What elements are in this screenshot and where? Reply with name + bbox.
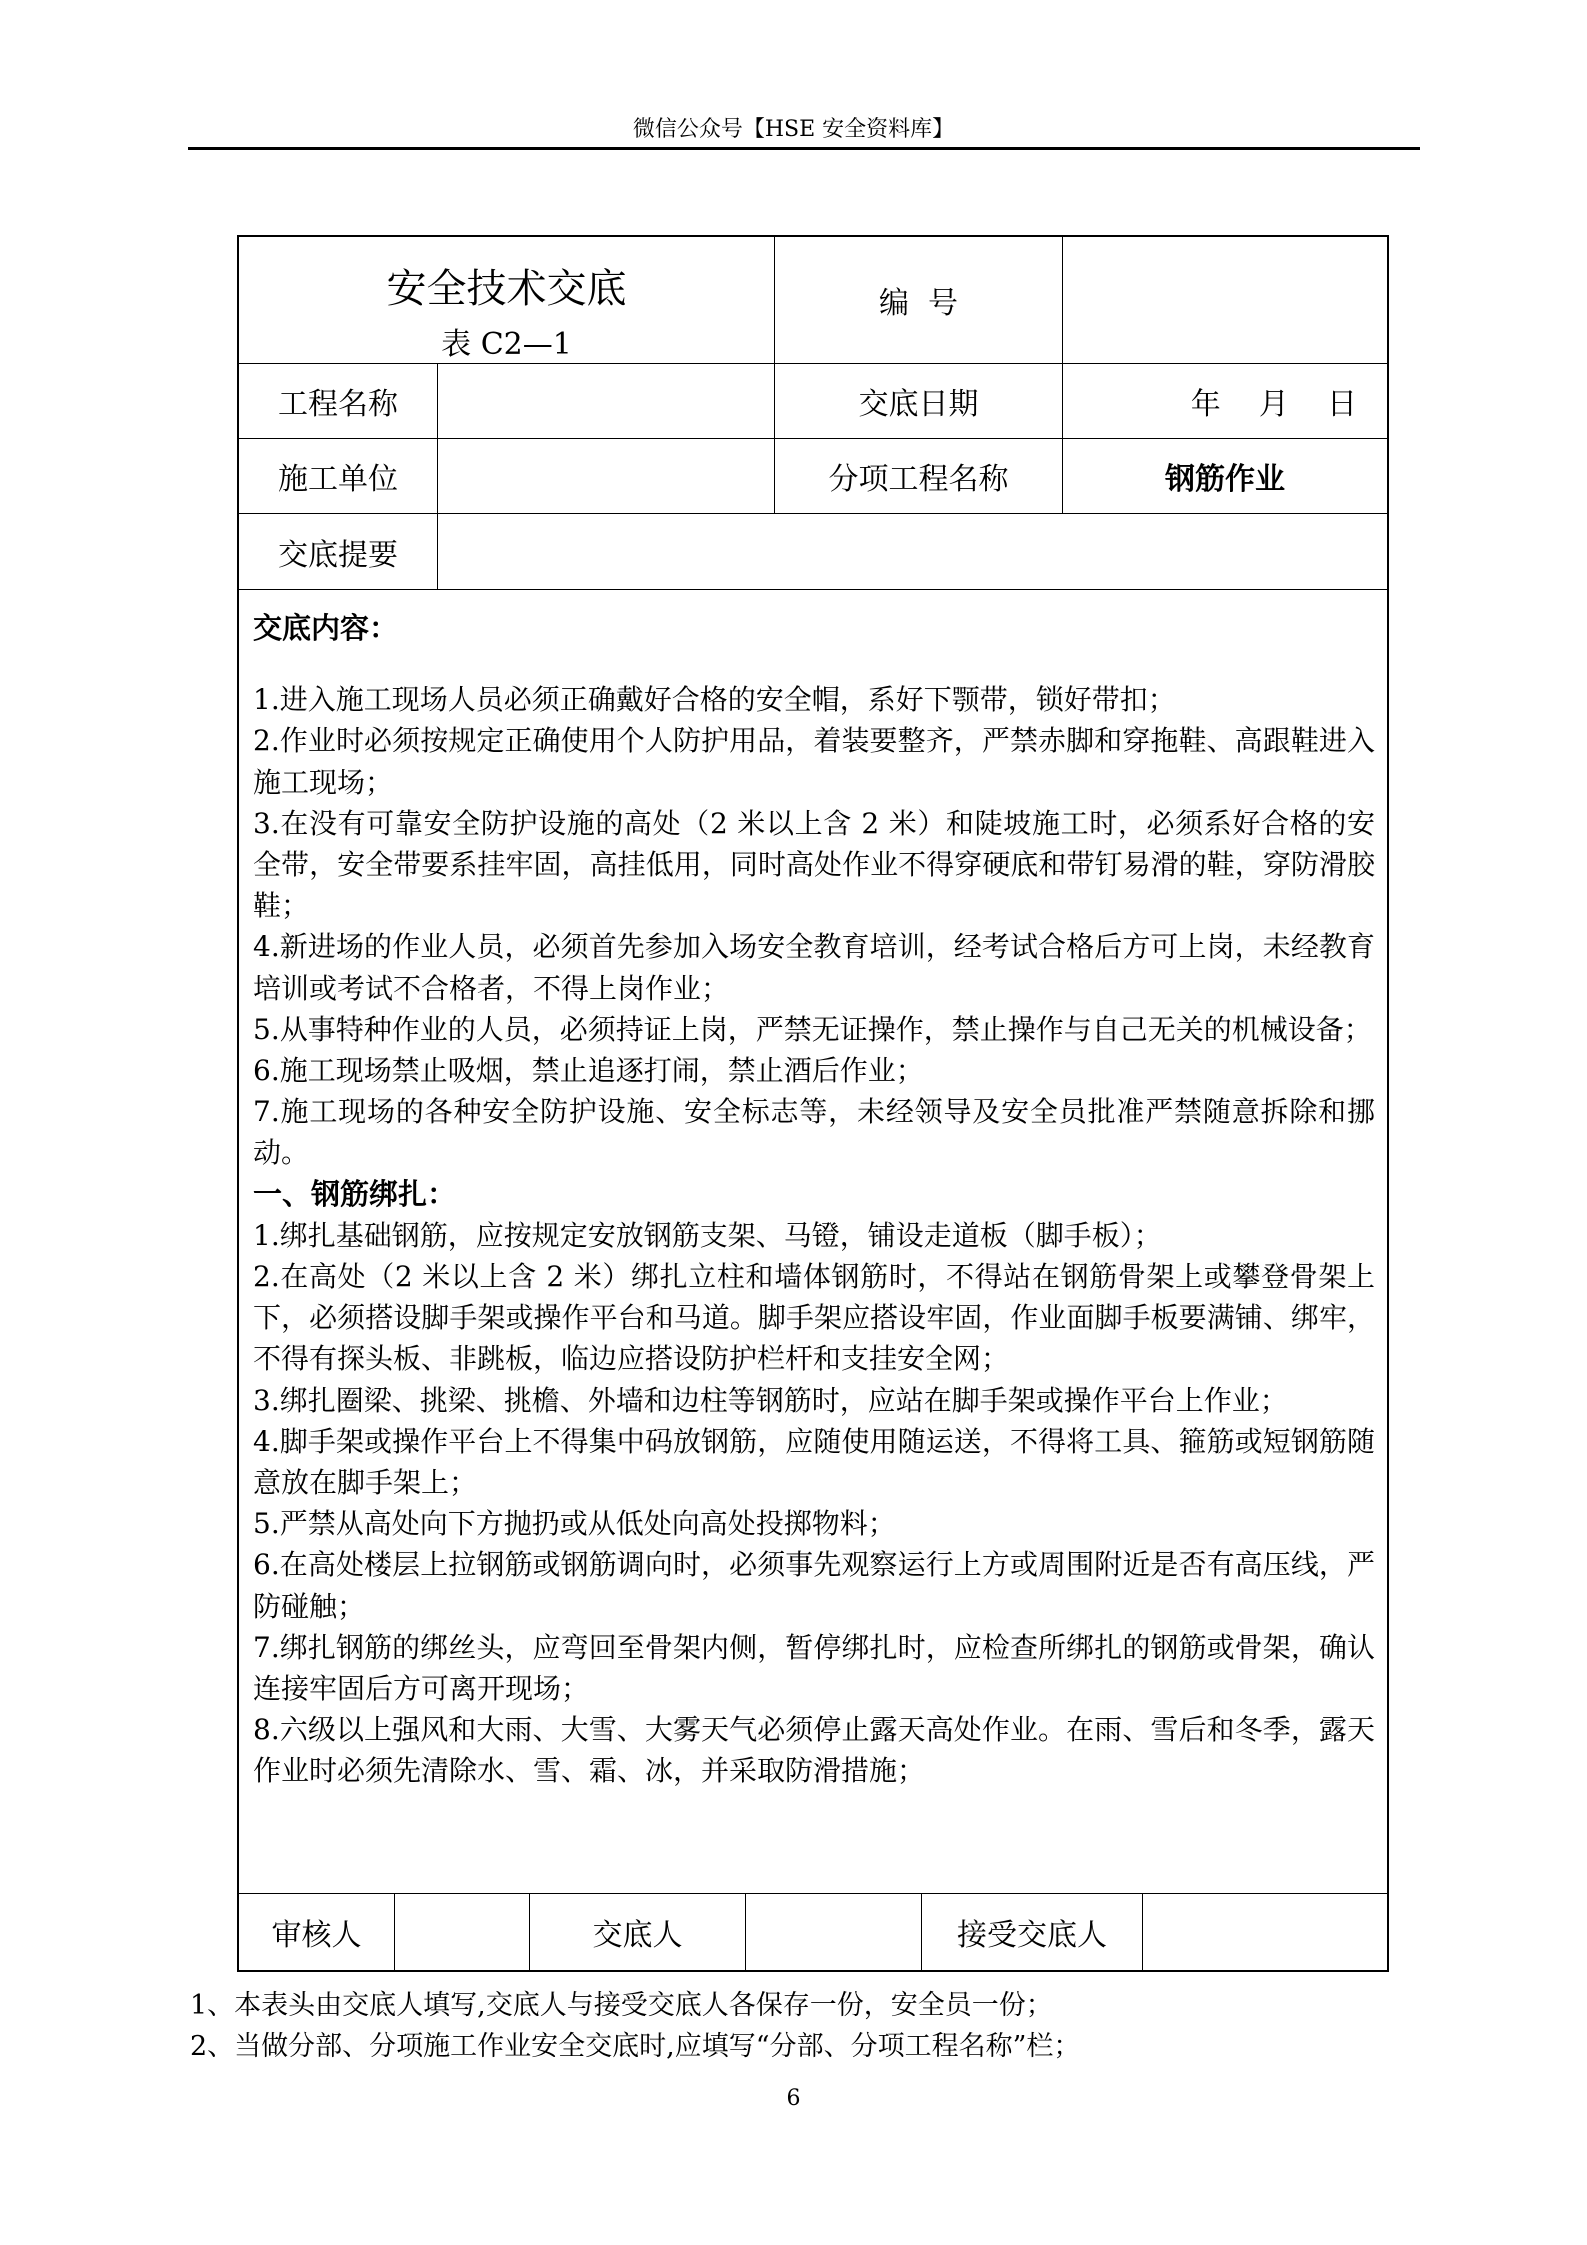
form-subtitle: 表 C2—1 [239,319,774,363]
note-item: 2、当做分部、分项施工作业安全交底时,应填写“分部、分项工程名称”栏； [190,2026,1080,2067]
title-cell: 安全技术交底 表 C2—1 [239,237,775,364]
form-title: 安全技术交底 [239,257,774,314]
contractor-field[interactable] [438,439,775,514]
project-name-label: 工程名称 [239,364,438,439]
reviewer-label: 审核人 [239,1894,395,1970]
section-item: 2.在高处（2 米以上含 2 米）绑扎立柱和墙体钢筋时，不得站在钢筋骨架上或攀登… [253,1256,1375,1380]
general-item: 4.新进场的作业人员，必须首先参加入场安全教育培训，经考试合格后方可上岗，未经教… [253,926,1375,1008]
general-item: 6.施工现场禁止吸烟，禁止追逐打闹，禁止酒后作业； [253,1050,1375,1091]
section-item: 3.绑扎圈梁、挑梁、挑檐、外墙和边柱等钢筋时，应站在脚手架或操作平台上作业； [253,1380,1375,1421]
section-item: 7.绑扎钢筋的绑丝头，应弯回至骨架内侧，暂停绑扎时，应检查所绑扎的钢筋或骨架，确… [253,1627,1375,1709]
section-item: 8.六级以上强风和大雨、大雪、大雾天气必须停止露天高处作业。在雨、雪后和冬季，露… [253,1709,1375,1791]
section-item: 4.脚手架或操作平台上不得集中码放钢筋，应随使用随运送，不得将工具、箍筋或短钢筋… [253,1421,1375,1503]
subproject-field[interactable]: 钢筋作业 [1063,439,1387,514]
general-item: 5.从事特种作业的人员，必须持证上岗，严禁无证操作，禁止操作与自己无关的机械设备… [253,1009,1375,1050]
number-label: 编 号 [775,237,1063,364]
receiver-label: 接受交底人 [922,1894,1143,1970]
general-item: 1.进入施工现场人员必须正确戴好合格的安全帽，系好下颚带，锁好带扣； [253,679,1375,720]
date-field[interactable]: 年 月 日 [1063,364,1387,439]
contractor-label: 施工单位 [239,439,438,514]
general-item: 2.作业时必须按规定正确使用个人防护用品，着装要整齐，严禁赤脚和穿拖鞋、高跟鞋进… [253,720,1375,802]
summary-field[interactable] [438,514,1387,590]
general-item: 3.在没有可靠安全防护设施的高处（2 米以上含 2 米）和陡坡施工时，必须系好合… [253,803,1375,927]
presenter-label: 交底人 [530,1894,746,1970]
section-item: 5.严禁从高处向下方抛扔或从低处向高处投掷物料； [253,1503,1375,1544]
general-item: 7.施工现场的各种安全防护设施、安全标志等，未经领导及安全员批准严禁随意拆除和挪… [253,1091,1375,1173]
presenter-field[interactable] [746,1894,922,1970]
section-title: 一、钢筋绑扎： [253,1174,1375,1215]
content-heading: 交底内容： [253,608,1375,649]
safety-briefing-form: 安全技术交底 表 C2—1 编 号 工程名称 交底日期 年 月 日 施工单位 分… [237,235,1389,1972]
project-name-field[interactable] [438,364,775,439]
form-notes: 1、本表头由交底人填写,交底人与接受交底人各保存一份，安全员一份； 2、当做分部… [190,1985,1080,2067]
summary-label: 交底提要 [239,514,438,590]
section-item: 6.在高处楼层上拉钢筋或钢筋调向时，必须事先观察运行上方或周围附近是否有高压线，… [253,1544,1375,1626]
briefing-content: 交底内容： 1.进入施工现场人员必须正确戴好合格的安全帽，系好下颚带，锁好带扣；… [239,590,1387,1894]
reviewer-field[interactable] [395,1894,530,1970]
note-item: 1、本表头由交底人填写,交底人与接受交底人各保存一份，安全员一份； [190,1985,1080,2026]
page-number: 6 [0,2086,1587,2111]
header-rule [188,147,1420,150]
page-header-text: 微信公众号【HSE 安全资料库】 [0,112,1587,143]
number-field[interactable] [1063,237,1387,364]
receiver-field[interactable] [1143,1894,1387,1970]
date-label: 交底日期 [775,364,1063,439]
section-item: 1.绑扎基础钢筋，应按规定安放钢筋支架、马镫，铺设走道板（脚手板）； [253,1215,1375,1256]
subproject-label: 分项工程名称 [775,439,1063,514]
